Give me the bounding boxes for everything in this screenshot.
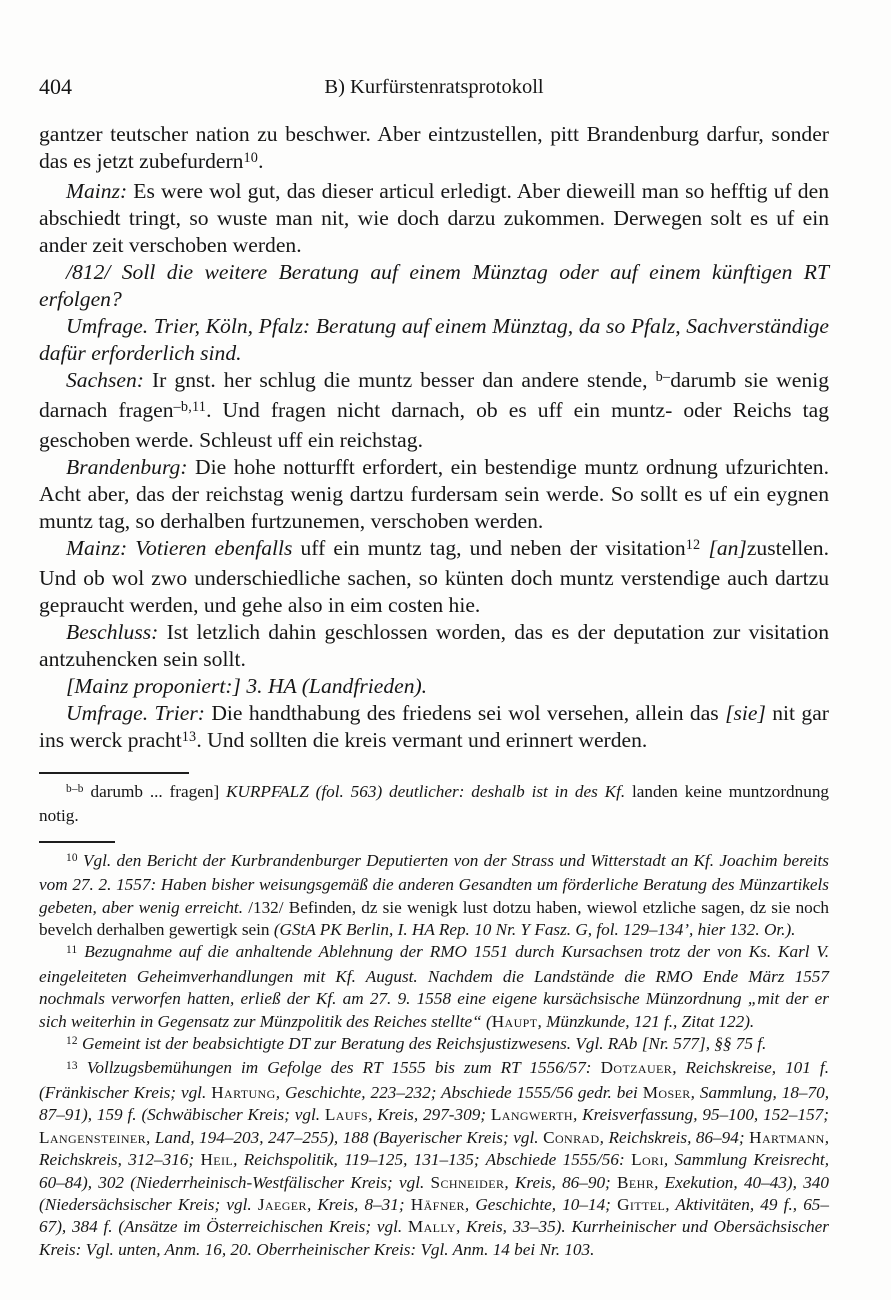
superscript-note-marker: 12: [66, 1035, 78, 1047]
text-segment: . Und sollten die kreis vermant und erin…: [196, 728, 647, 752]
apparatus-note-b-b: b–b darumb ... fragen] KURPFALZ (fol. 56…: [39, 781, 829, 828]
text-segment: Brandenburg:: [66, 455, 195, 479]
text-segment: gantzer teutscher nation zu beschwer. Ab…: [39, 122, 829, 173]
text-segment: Mainz:: [66, 179, 133, 203]
paragraph-umfrage-trier: Umfrage. Trier: Die handthabung des frie…: [39, 700, 829, 757]
text-segment: darumb ... fragen]: [84, 782, 226, 801]
text-segment: , Kreis, 86–90;: [504, 1173, 617, 1192]
superscript-note-marker: 13: [66, 1060, 78, 1072]
footnotes-block: 10 Vgl. den Bericht der Kurbrandenburger…: [39, 850, 829, 1261]
paragraph-umfrage-trier-koeln-pfalz: Umfrage. Trier, Köln, Pfalz: Beratung au…: [39, 313, 829, 367]
text-segment: , Land, 194–203, 247–255), 188 (Bayerisc…: [146, 1128, 543, 1147]
apparatus-separator-rule: [39, 772, 189, 774]
text-segment: , Reichskreis, 86–94;: [600, 1128, 750, 1147]
text-segment: Haupt: [492, 1012, 538, 1031]
text-segment: Häfner: [411, 1195, 465, 1214]
superscript-note-marker: –b,11: [174, 399, 207, 415]
text-segment: Mally: [408, 1217, 456, 1236]
text-segment: Ir gnst. her schlug die muntz besser dan…: [152, 368, 656, 392]
text-segment: , Münzkunde, 121 f., Zitat 122).: [537, 1012, 754, 1031]
superscript-note-marker: b–: [656, 369, 671, 385]
text-segment: /812/ Soll die weitere Beratung auf eine…: [39, 260, 829, 311]
text-segment: , Geschichte, 223–232; Abschiede 1555/56…: [276, 1083, 643, 1102]
text-segment: .: [258, 149, 263, 173]
type-area: 404 B) Kurfürstenratsprotokoll gantzer t…: [0, 0, 891, 1261]
text-segment: [an]: [708, 536, 746, 560]
text-segment: Jaeger: [258, 1195, 307, 1214]
text-segment: Heil: [200, 1150, 233, 1169]
text-segment: Umfrage. Trier, Köln, Pfalz: Beratung au…: [39, 314, 829, 365]
text-segment: Gittel: [617, 1195, 665, 1214]
text-segment: Umfrage. Trier:: [66, 701, 211, 725]
protocol-body: gantzer teutscher nation zu beschwer. Ab…: [39, 121, 829, 757]
text-segment: Die handthabung des friedens sei wol ver…: [211, 701, 725, 725]
superscript-note-marker: 11: [66, 944, 77, 956]
paragraph-frage-812: /812/ Soll die weitere Beratung auf eine…: [39, 259, 829, 313]
paragraph-continuation: gantzer teutscher nation zu beschwer. Ab…: [39, 121, 829, 178]
text-segment: Vollzugsbemühungen im Gefolge des RT 155…: [78, 1058, 601, 1077]
page-number: 404: [39, 74, 72, 100]
text-segment: Schneider: [431, 1173, 505, 1192]
text-segment: Dotzauer: [601, 1058, 673, 1077]
text-segment: Sachsen:: [66, 368, 152, 392]
text-segment: Langensteiner: [39, 1128, 146, 1147]
critical-apparatus: b–b darumb ... fragen] KURPFALZ (fol. 56…: [39, 781, 829, 828]
paragraph-mainz-proponiert: [Mainz proponiert:] 3. HA (Landfrieden).: [39, 673, 829, 700]
footnote-12: 12 Gemeint ist der beabsichtigte DT zur …: [39, 1033, 829, 1057]
running-head: B) Kurfürstenratsprotokoll: [39, 74, 829, 100]
text-segment: Behr: [617, 1173, 654, 1192]
book-page-scan: 404 B) Kurfürstenratsprotokoll gantzer t…: [0, 0, 891, 1300]
text-segment: Laufs: [325, 1105, 368, 1124]
superscript-note-marker: b–b: [66, 783, 84, 795]
paragraph-mainz-1: Mainz: Es were wol gut, das dieser artic…: [39, 178, 829, 259]
text-segment: (GStA PK Berlin, I. HA Rep. 10 Nr. Y Fas…: [274, 920, 796, 939]
text-segment: Langwerth: [491, 1105, 573, 1124]
footnote-13: 13 Vollzugsbemühungen im Gefolge des RT …: [39, 1057, 829, 1261]
text-segment: , Kreisverfassung, 95–100, 152–157;: [573, 1105, 829, 1124]
page-header: 404 B) Kurfürstenratsprotokoll: [39, 74, 829, 100]
text-segment: uff ein muntz tag, und neben der visitat…: [300, 536, 685, 560]
text-segment: Hartmann: [749, 1128, 825, 1147]
text-segment: KURPFALZ (fol. 563) deutlicher: deshalb …: [226, 782, 632, 801]
text-segment: Hartung: [211, 1083, 276, 1102]
paragraph-beschluss: Beschluss: Ist letzlich dahin geschlosse…: [39, 619, 829, 673]
text-segment: Gemeint ist der beabsichtigte DT zur Ber…: [78, 1034, 767, 1053]
text-segment: Moser: [643, 1083, 691, 1102]
footnote-separator-rule: [39, 841, 115, 843]
text-segment: Beschluss:: [66, 620, 167, 644]
text-segment: [Mainz proponiert:] 3. HA (Landfrieden).: [66, 674, 427, 698]
superscript-note-marker: 12: [686, 537, 701, 553]
paragraph-mainz-2: Mainz: Votieren ebenfalls uff ein muntz …: [39, 535, 829, 619]
footnote-11: 11 Bezugnahme auf die anhaltende Ablehnu…: [39, 941, 829, 1033]
text-segment: Lori: [631, 1150, 664, 1169]
text-segment: , Geschichte, 10–14;: [465, 1195, 617, 1214]
text-segment: , Kreis, 8–31;: [307, 1195, 411, 1214]
text-segment: , Kreis, 297-309;: [368, 1105, 491, 1124]
text-segment: Es were wol gut, das dieser articul erle…: [39, 179, 829, 257]
superscript-note-marker: 10: [243, 150, 258, 166]
text-segment: [sie]: [725, 701, 766, 725]
superscript-note-marker: 13: [182, 729, 197, 745]
text-segment: Mainz: Votieren ebenfalls: [66, 536, 300, 560]
footnote-10: 10 Vgl. den Bericht der Kurbrandenburger…: [39, 850, 829, 942]
superscript-note-marker: 10: [66, 852, 78, 864]
text-segment: Conrad: [543, 1128, 600, 1147]
paragraph-sachsen: Sachsen: Ir gnst. her schlug die muntz b…: [39, 367, 829, 454]
text-segment: , Reichspolitik, 119–125, 131–135; Absch…: [233, 1150, 631, 1169]
paragraph-brandenburg: Brandenburg: Die hohe notturfft erforder…: [39, 454, 829, 535]
